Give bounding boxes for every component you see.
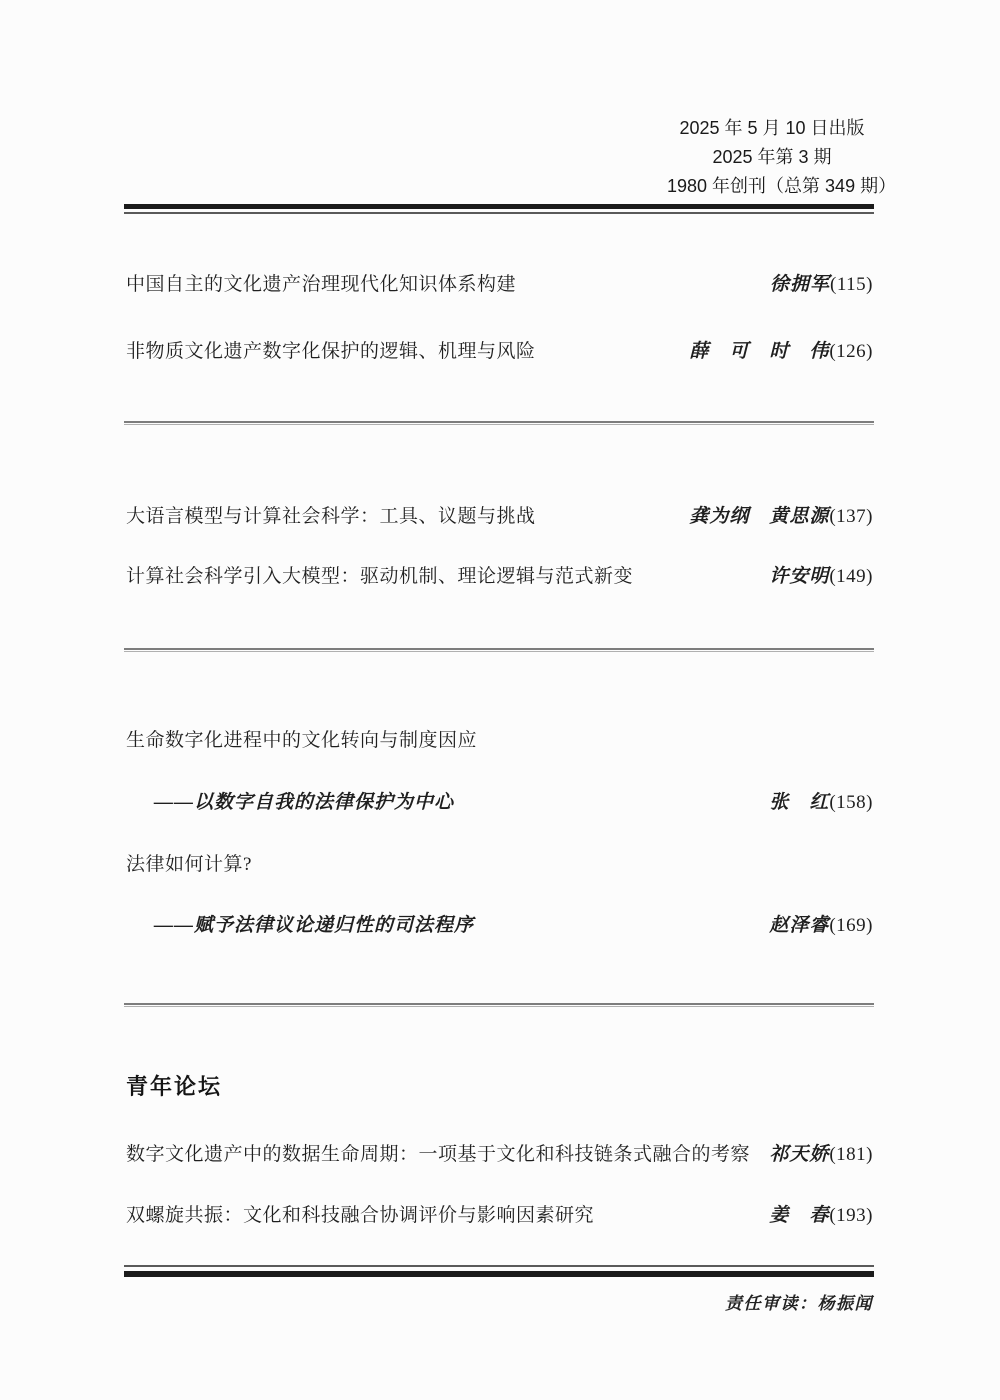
toc-entry-subtitle: ——赋予法律议论递归性的司法程序 赵泽睿(169) — [126, 912, 873, 940]
entry-author-page: 徐拥军(115) — [770, 271, 873, 299]
reviewer-note: 责任审读：杨振闻 — [725, 1291, 873, 1317]
publication-date: 2025 年 5 月 10 日出版 — [667, 114, 877, 143]
entry-author: 徐拥军 — [770, 274, 830, 295]
entry-author-page: 龚为纲 黄思源(137) — [689, 503, 873, 531]
section-heading-youth-forum: 青年论坛 — [126, 1072, 222, 1102]
entry-title: 法律如何计算? — [126, 851, 252, 879]
entry-subtitle: ——赋予法律议论递归性的司法程序 — [126, 912, 474, 940]
entry-author: 龚为纲 黄思源 — [689, 506, 829, 527]
section-divider — [124, 648, 874, 652]
entry-title: 计算社会科学引入大模型：驱动机制、理论逻辑与范式新变 — [126, 563, 633, 591]
entry-page: (149) — [829, 566, 873, 587]
toc-entry: 非物质文化遗产数字化保护的逻辑、机理与风险 薛 可 时 伟(126) — [126, 338, 873, 366]
entry-title: 非物质文化遗产数字化保护的逻辑、机理与风险 — [126, 338, 536, 366]
entry-title: 生命数字化进程中的文化转向与制度因应 — [126, 727, 477, 755]
section-divider — [124, 421, 874, 425]
entry-page: (137) — [829, 506, 873, 527]
entry-author: 许安明 — [769, 566, 829, 587]
entry-title: 双螺旋共振：文化和科技融合协调评价与影响因素研究 — [126, 1202, 594, 1230]
entry-author-page: 赵泽睿(169) — [769, 912, 873, 940]
entry-page: (158) — [829, 792, 873, 813]
entry-page: (169) — [829, 915, 873, 936]
publication-info: 2025 年 5 月 10 日出版 2025 年第 3 期 1980 年创刊（总… — [667, 114, 877, 201]
entry-page: (193) — [829, 1205, 873, 1226]
entry-subtitle: ——以数字自我的法律保护为中心 — [126, 789, 454, 817]
entry-author-page: 祁天娇(181) — [769, 1141, 873, 1169]
issue-number: 2025 年第 3 期 — [667, 143, 877, 172]
entry-author-page: 薛 可 时 伟(126) — [689, 338, 873, 366]
toc-entry: 数字文化遗产中的数据生命周期：一项基于文化和科技链条式融合的考察 祁天娇(181… — [126, 1141, 873, 1169]
entry-title: 数字文化遗产中的数据生命周期：一项基于文化和科技链条式融合的考察 — [126, 1141, 750, 1169]
founding-info: 1980 年创刊（总第 349 期） — [667, 172, 877, 201]
entry-author: 赵泽睿 — [769, 915, 829, 936]
entry-title: 大语言模型与计算社会科学：工具、议题与挑战 — [126, 503, 536, 531]
toc-entry: 生命数字化进程中的文化转向与制度因应 — [126, 727, 873, 755]
toc-entry: 计算社会科学引入大模型：驱动机制、理论逻辑与范式新变 许安明(149) — [126, 563, 873, 591]
toc-entry: 中国自主的文化遗产治理现代化知识体系构建 徐拥军(115) — [126, 271, 873, 299]
footer-rule-thick — [124, 1271, 874, 1277]
entry-author-page: 许安明(149) — [769, 563, 873, 591]
toc-entry: 双螺旋共振：文化和科技融合协调评价与影响因素研究 姜 春(193) — [126, 1202, 873, 1230]
entry-page: (126) — [829, 341, 873, 362]
entry-page: (181) — [829, 1144, 873, 1165]
entry-title: 中国自主的文化遗产治理现代化知识体系构建 — [126, 271, 516, 299]
header-rule-thin — [124, 212, 874, 214]
entry-author: 姜 春 — [769, 1205, 829, 1226]
toc-entry: 大语言模型与计算社会科学：工具、议题与挑战 龚为纲 黄思源(137) — [126, 503, 873, 531]
entry-page: (115) — [830, 274, 873, 295]
toc-entry: 法律如何计算? — [126, 851, 873, 879]
entry-author: 祁天娇 — [769, 1144, 829, 1165]
entry-author-page: 姜 春(193) — [769, 1202, 873, 1230]
entry-author-page: 张 红(158) — [769, 789, 873, 817]
entry-author: 薛 可 时 伟 — [689, 341, 829, 362]
header-rule — [124, 204, 874, 214]
footer-rule — [124, 1265, 874, 1277]
entry-author: 张 红 — [769, 792, 829, 813]
journal-toc-page: 2025 年 5 月 10 日出版 2025 年第 3 期 1980 年创刊（总… — [0, 0, 1000, 1400]
toc-entry-subtitle: ——以数字自我的法律保护为中心 张 红(158) — [126, 789, 873, 817]
section-divider — [124, 1003, 874, 1007]
